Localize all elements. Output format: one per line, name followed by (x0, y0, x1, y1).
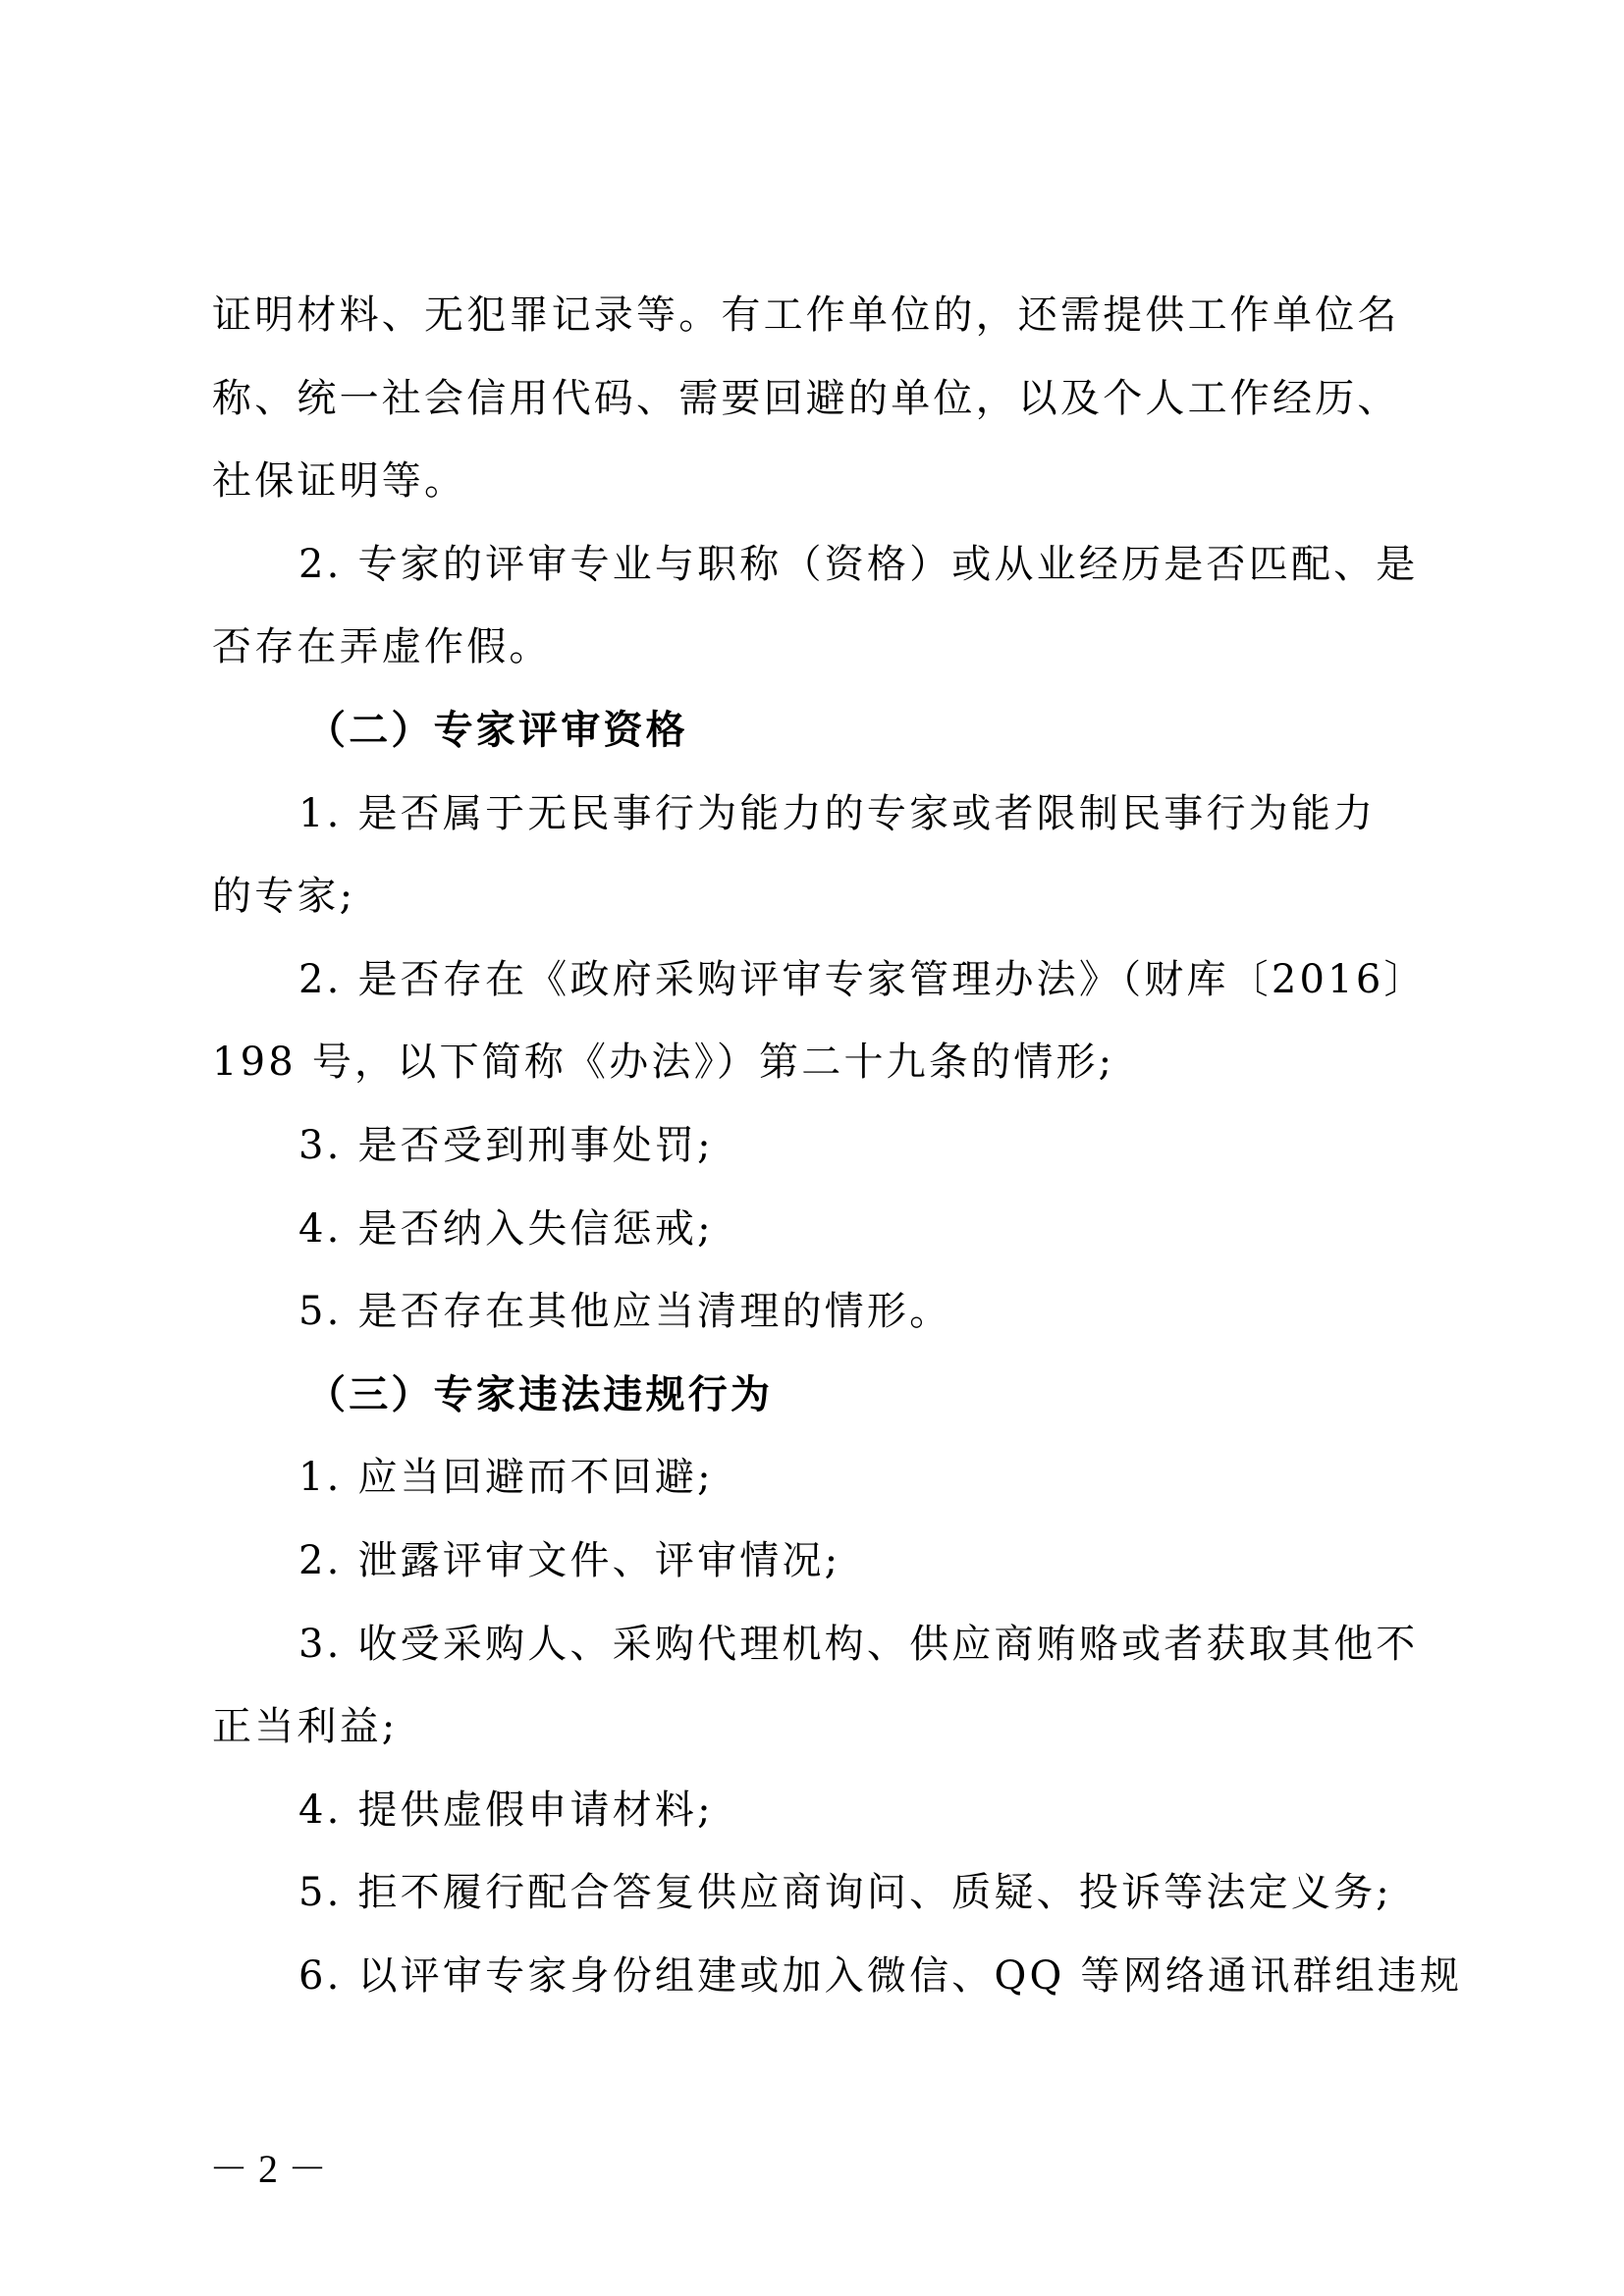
list-item: 6. 以评审专家身份组建或加入微信、QQ 等网络通讯群组违规 (212, 1942, 1430, 2025)
list-item: 1. 应当回避而不回避; (212, 1443, 1430, 1526)
section-heading: （二）专家评审资格 (212, 696, 1430, 779)
paragraph-line: 198 号，以下简称《办法》）第二十九条的情形; (212, 1028, 1430, 1111)
list-item: 5. 拒不履行配合答复供应商询问、质疑、投诉等法定义务; (212, 1858, 1430, 1942)
list-item: 3. 是否受到刑事处罚; (212, 1111, 1430, 1195)
list-item: 3. 收受采购人、采购代理机构、供应商贿赂或者获取其他不 (212, 1610, 1430, 1693)
document-body: 证明材料、无犯罪记录等。有工作单位的，还需提供工作单位名 称、统一社会信用代码、… (212, 281, 1430, 2024)
paragraph-line: 的专家; (212, 862, 1430, 945)
list-item: 2. 专家的评审专业与职称（资格）或从业经历是否匹配、是 (212, 530, 1430, 614)
section-heading: （三）专家违法违规行为 (212, 1361, 1430, 1444)
page-number: － 2 － (209, 2140, 327, 2199)
list-item: 2. 是否存在《政府采购评审专家管理办法》（财库〔2016〕 (212, 945, 1430, 1029)
paragraph-line: 证明材料、无犯罪记录等。有工作单位的，还需提供工作单位名 (212, 281, 1430, 364)
paragraph-line: 社保证明等。 (212, 447, 1430, 530)
paragraph-line: 称、统一社会信用代码、需要回避的单位，以及个人工作经历、 (212, 364, 1430, 448)
paragraph-line: 否存在弄虚作假。 (212, 613, 1430, 696)
document-page: 证明材料、无犯罪记录等。有工作单位的，还需提供工作单位名 称、统一社会信用代码、… (0, 0, 1624, 2296)
list-item: 5. 是否存在其他应当清理的情形。 (212, 1277, 1430, 1361)
list-item: 2. 泄露评审文件、评审情况; (212, 1526, 1430, 1610)
list-item: 4. 是否纳入失信惩戒; (212, 1195, 1430, 1278)
list-item: 1. 是否属于无民事行为能力的专家或者限制民事行为能力 (212, 779, 1430, 863)
list-item: 4. 提供虚假申请材料; (212, 1776, 1430, 1859)
paragraph-line: 正当利益; (212, 1692, 1430, 1776)
